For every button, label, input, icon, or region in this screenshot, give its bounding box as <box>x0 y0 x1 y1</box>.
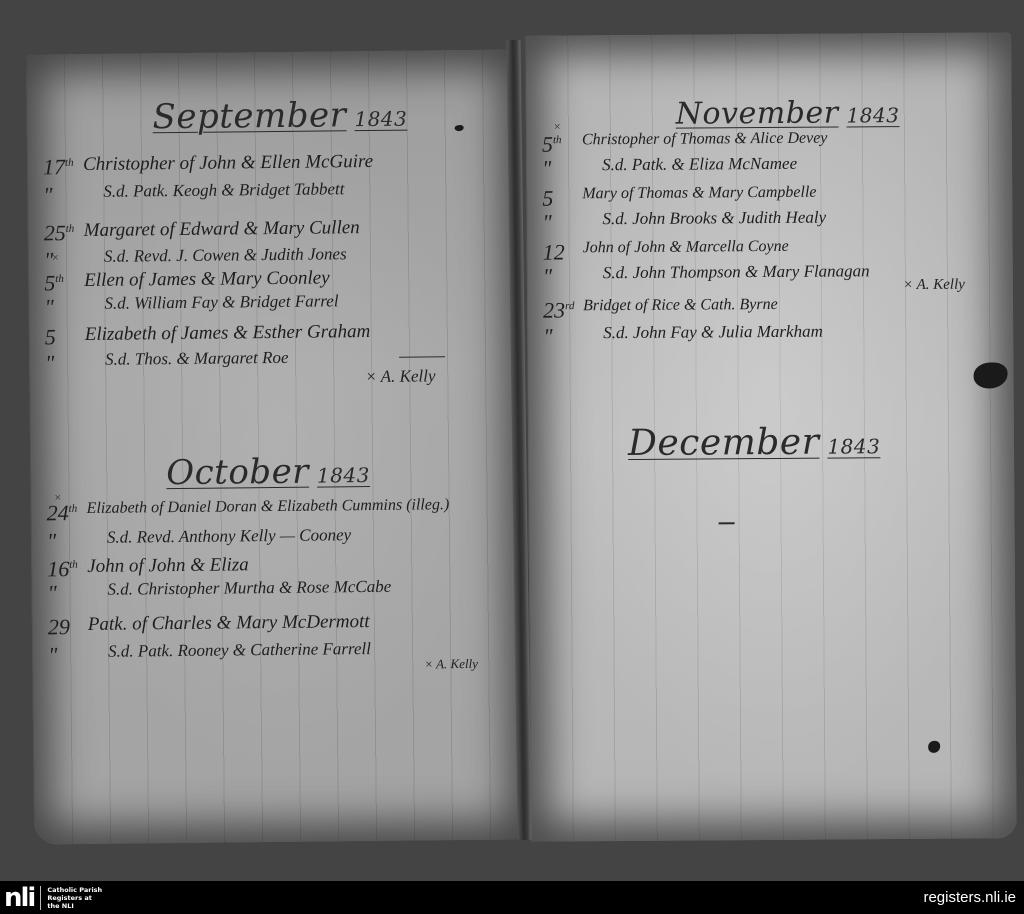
entry-text: Bridget of Rice & Cath. Byrne <box>583 296 778 315</box>
month-name: December <box>628 422 820 464</box>
entry-text: Christopher of John & Ellen McGuire <box>83 151 373 176</box>
entry-text: John of John & Eliza <box>87 554 249 578</box>
register-entry-sponsors: " S.d. Patk. & Eliza McNamee <box>526 152 1012 155</box>
entry-text: S.d. Revd. Anthony Kelly — Cooney <box>107 525 351 548</box>
entry-text: Elizabeth of Daniel Doran & Elizabeth Cu… <box>87 496 450 518</box>
month-year: 1843 <box>317 463 370 488</box>
register-entry: 5 Mary of Thomas & Mary Campbelle <box>526 182 1012 185</box>
entry-text: Margaret of Edward & Mary Cullen <box>84 217 360 242</box>
register-entry-sponsors: " S.d. Revd. Anthony Kelly — Cooney <box>31 523 523 528</box>
month-heading-november: November1843 <box>676 95 900 132</box>
register-entry: 17th Christopher of John & Ellen McGuire <box>27 149 519 154</box>
entry-text: Christopher of Thomas & Alice Devey <box>582 130 828 150</box>
register-entry-sponsors: " S.d. John Fay & Julia Markham <box>527 320 1013 323</box>
nli-logo-mark: nli <box>4 885 34 911</box>
entry-day: " <box>543 323 587 349</box>
entry-day: " <box>48 642 92 668</box>
nli-logo-text: Catholic Parish Registers at the NLI <box>47 886 107 910</box>
month-name: September <box>152 95 346 137</box>
entry-text: S.d. Patk. Keogh & Bridget Tabbett <box>103 179 344 202</box>
register-entry: 12 John of John & Marcella Coyne <box>527 236 1013 239</box>
month-year: 1843 <box>827 434 880 458</box>
register-entry: 23rd Bridget of Rice & Cath. Byrne <box>527 294 1013 297</box>
nli-logo[interactable]: nli Catholic Parish Registers at the NLI <box>0 881 107 914</box>
ink-line <box>399 356 445 357</box>
entry-day: 29 <box>48 614 92 640</box>
entry-text: S.d. Patk. Rooney & Catherine Farrell <box>108 639 371 662</box>
priest-signature: × A. Kelly <box>903 277 965 294</box>
entry-day: " <box>45 350 89 376</box>
logo-text-line: Registers at <box>47 894 92 902</box>
entry-day: " <box>44 294 88 320</box>
entry-text: Patk. of Charles & Mary McDermott <box>88 611 370 636</box>
register-entry: 25th Margaret of Edward & Mary Cullen <box>28 215 520 220</box>
month-heading-october: October1843 <box>166 451 370 493</box>
register-entry-sponsors: " S.d. Patk. Keogh & Bridget Tabbett <box>27 177 519 182</box>
footer-bar: nli Catholic Parish Registers at the NLI… <box>0 881 1024 914</box>
entry-text: S.d. Revd. J. Cowen & Judith Jones <box>104 244 347 267</box>
entry-text: S.d. Patk. & Eliza McNamee <box>602 154 797 175</box>
priest-signature: × A. Kelly <box>365 366 435 387</box>
entry-day: " <box>542 155 586 181</box>
entry-day: 5 <box>45 324 89 350</box>
entry-text: S.d. Christopher Murtha & Rose McCabe <box>107 577 391 600</box>
priest-signature: × A. Kelly <box>424 656 478 673</box>
ink-blot <box>928 741 940 753</box>
register-entry: 5 Elizabeth of James & Esther Graham <box>29 319 521 324</box>
register-entry-sponsors: " S.d. John Brooks & Judith Healy <box>526 206 1012 209</box>
entry-day: " <box>47 528 91 554</box>
entry-day: " <box>542 209 586 235</box>
ink-blot <box>973 362 1007 388</box>
month-year: 1843 <box>354 107 407 132</box>
ink-dash <box>719 522 735 524</box>
month-name: November <box>676 96 839 132</box>
entry-text: John of John & Marcella Coyne <box>583 238 789 257</box>
entry-day: 16th <box>47 556 91 582</box>
register-entry-sponsors: " S.d. Thos. & Margaret Roe <box>29 345 521 350</box>
month-heading-september: September1843 <box>152 95 407 138</box>
entry-day: 24th <box>47 500 91 526</box>
entry-day: " <box>47 580 91 606</box>
register-entry: 29 Patk. of Charles & Mary McDermott <box>32 609 524 614</box>
entry-day: 5 <box>542 185 586 211</box>
entry-text: S.d. Thos. & Margaret Roe <box>105 348 289 370</box>
right-register-page: November1843 × 5th Christopher of Thomas… <box>525 32 1017 841</box>
register-entry: 24th Elizabeth of Daniel Doran & Elizabe… <box>31 495 523 500</box>
logo-text-line: Catholic Parish <box>47 886 102 894</box>
entry-text: S.d. John Thompson & Mary Flanagan <box>603 261 870 283</box>
register-entry: 5th Ellen of James & Mary Coonley <box>28 265 520 270</box>
left-register-page: September1843 17th Christopher of John &… <box>26 49 526 844</box>
cross-mark: × <box>52 250 59 265</box>
register-entry-sponsors: " S.d. Patk. Rooney & Catherine Farrell <box>32 637 524 642</box>
register-entry-sponsors: " S.d. Revd. J. Cowen & Judith Jones <box>28 242 520 247</box>
entry-text: S.d. John Fay & Julia Markham <box>603 322 823 344</box>
entry-day: 17th <box>43 154 87 180</box>
logo-text-line: the NLI <box>47 902 73 910</box>
entry-text: Mary of Thomas & Mary Campbelle <box>582 184 816 204</box>
register-entry-sponsors: " S.d. John Thompson & Mary Flanagan <box>527 260 1013 263</box>
entry-day: " <box>543 263 587 289</box>
register-entry: 16th John of John & Eliza <box>31 551 523 556</box>
month-year: 1843 <box>846 103 899 127</box>
month-name: October <box>166 452 309 493</box>
entry-day: 12 <box>543 239 587 265</box>
register-image-viewer[interactable]: September1843 17th Christopher of John &… <box>0 0 1024 881</box>
entry-day: 5th <box>542 131 586 157</box>
entry-day: 25th <box>44 220 88 246</box>
logo-divider <box>40 886 41 910</box>
entry-text: Elizabeth of James & Esther Graham <box>85 321 371 346</box>
entry-day: 5th <box>44 270 88 296</box>
ink-blot <box>455 125 464 131</box>
month-heading-december: December1843 <box>628 421 881 464</box>
entry-day: 23rd <box>543 297 587 323</box>
entry-text: Ellen of James & Mary Coonley <box>84 267 330 292</box>
entry-day: " <box>43 182 87 208</box>
entry-text: S.d. William Fay & Bridget Farrel <box>104 291 338 313</box>
site-url-link[interactable]: registers.nli.ie <box>923 889 1024 906</box>
entry-text: S.d. John Brooks & Judith Healy <box>602 208 826 230</box>
